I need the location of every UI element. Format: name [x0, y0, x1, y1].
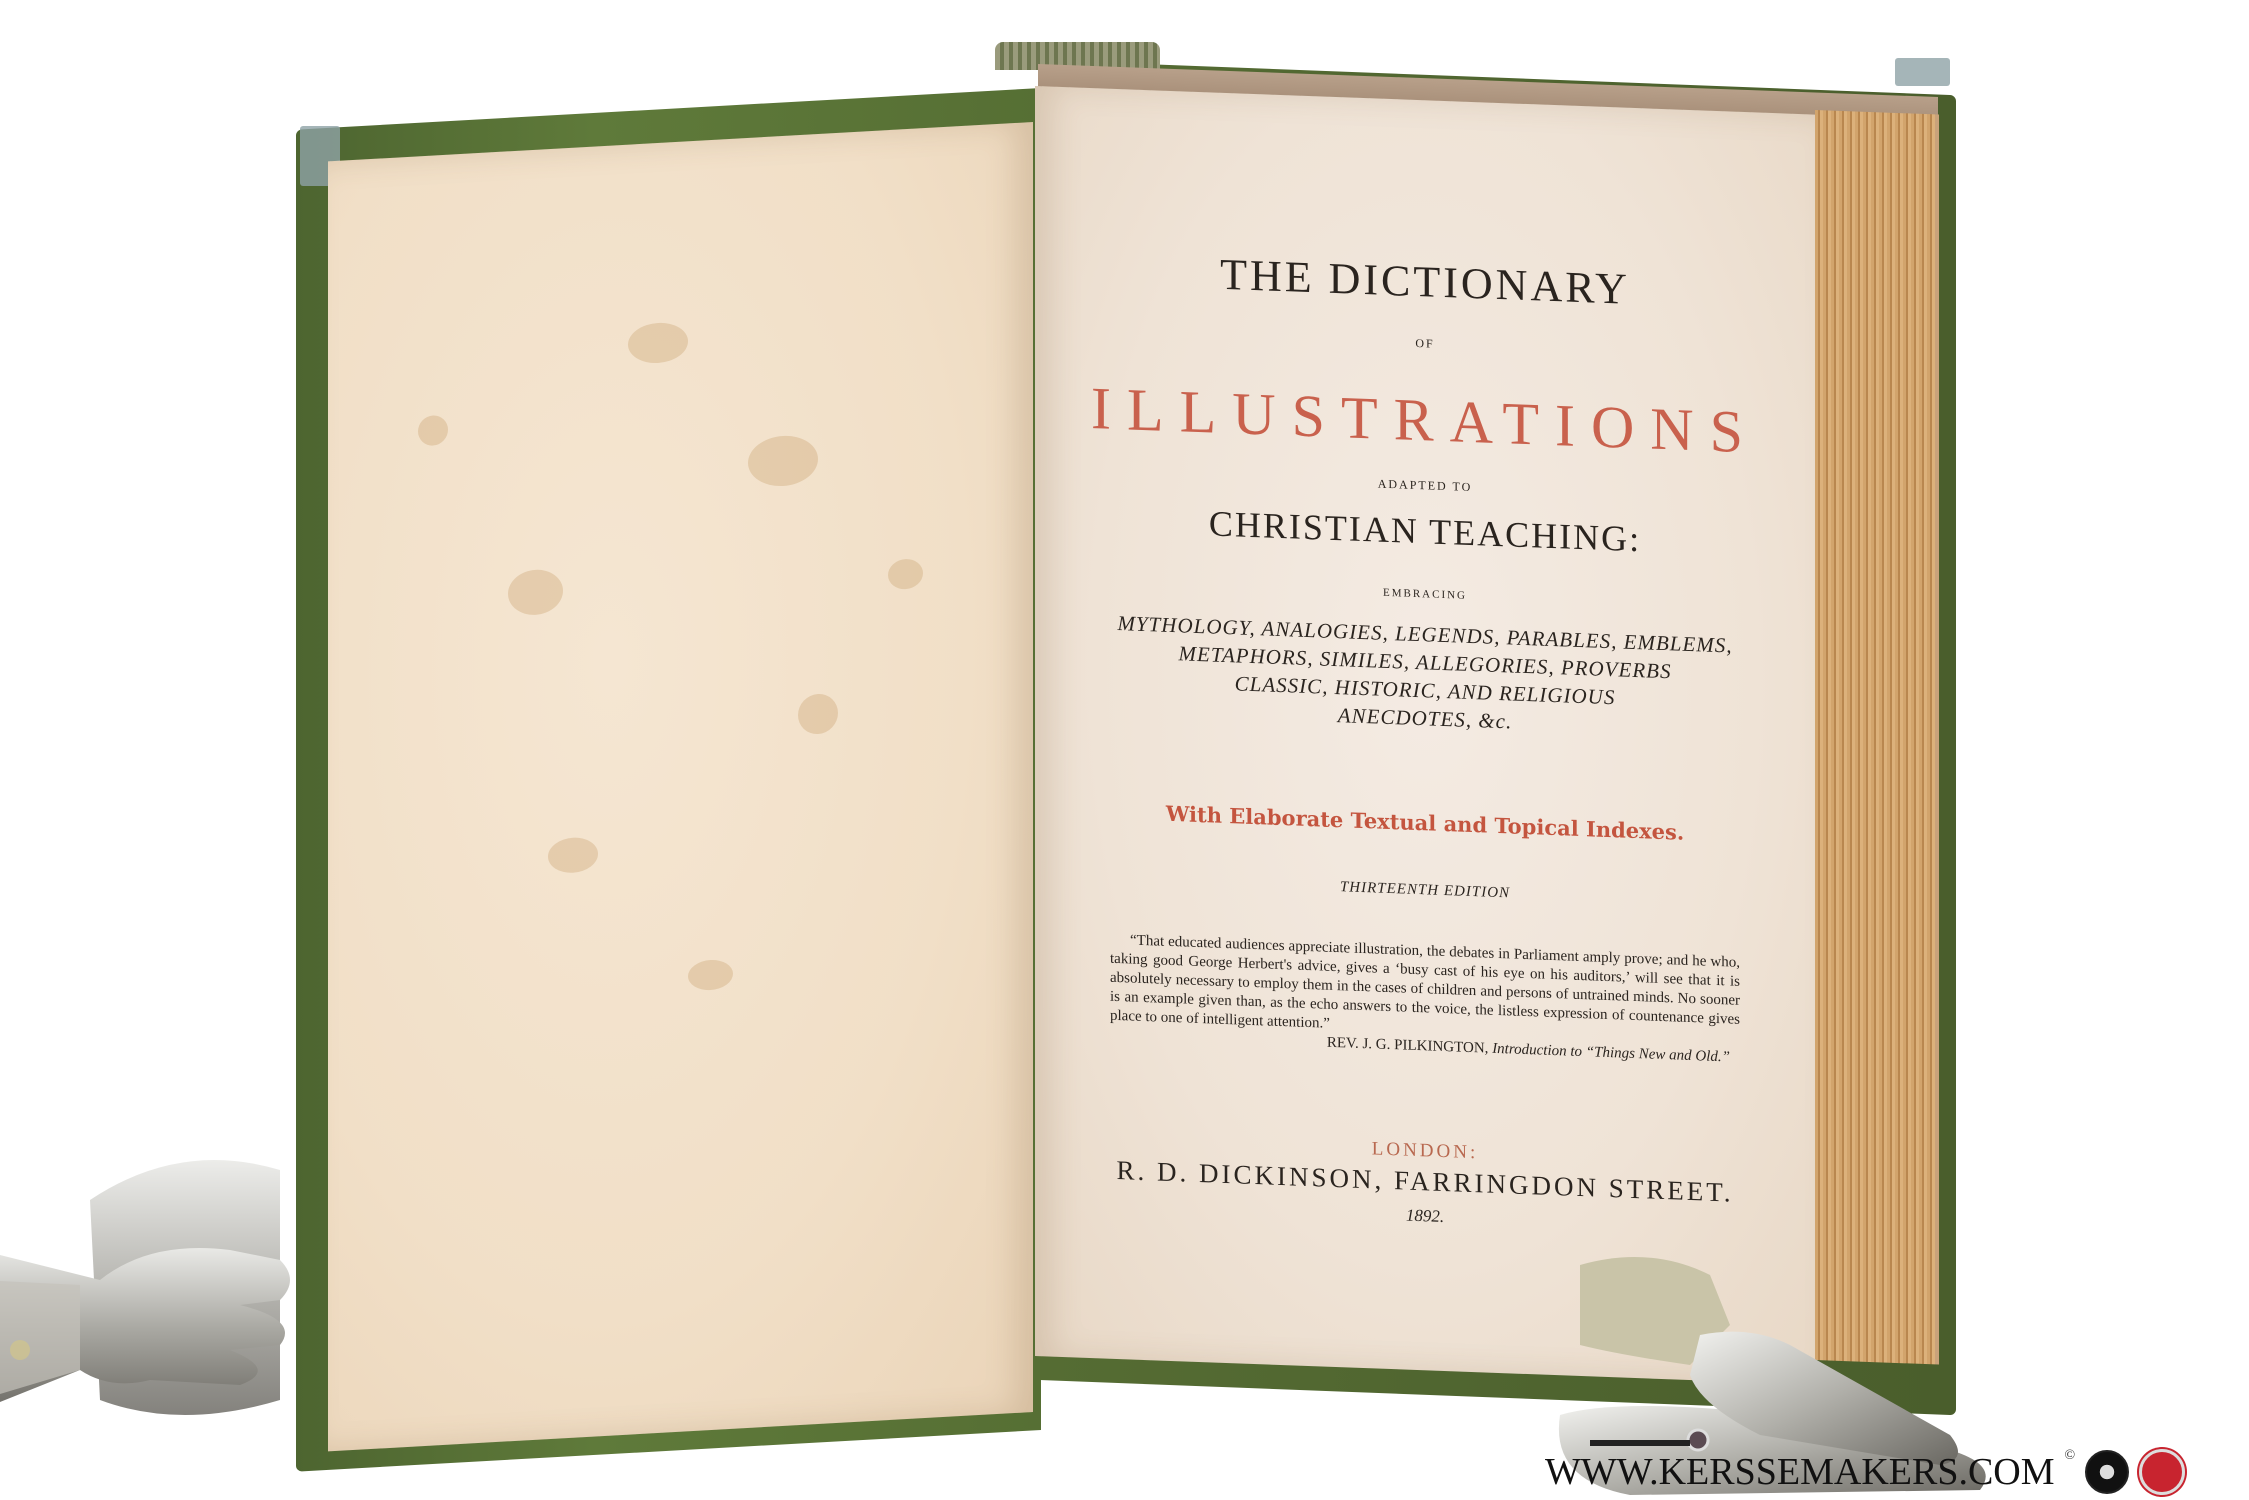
watermark: WWW.KERSSEMAKERS.COM © [1545, 1448, 2185, 1496]
epigraph-quote: “That educated audiences appreciate illu… [1110, 931, 1740, 1068]
foxing-spot [508, 568, 563, 616]
title-line-of: OF [1035, 322, 1815, 366]
foxing-spot [748, 434, 818, 488]
quote-author: REV. J. G. PILKINGTON, [1327, 1035, 1489, 1057]
foxing-spot [548, 836, 598, 874]
watermark-url[interactable]: WWW.KERSSEMAKERS.COM [1545, 1450, 2055, 1494]
title-line-dictionary: THE DICTIONARY [1035, 242, 1815, 322]
foxing-spot [628, 321, 688, 364]
title-line-embracing: EMBRACING [1035, 574, 1815, 615]
title-page-text: THE DICTIONARY OF ILLUSTRATIONS ADAPTED … [1035, 86, 1815, 1385]
silver-hand-bookend-left-icon [0, 1130, 400, 1430]
antiquarian-society-badge-icon [2085, 1450, 2129, 1494]
topics-list: MYTHOLOGY, ANALOGIES, LEGENDS, PARABLES,… [1035, 606, 1815, 747]
worn-corner-top-right [1895, 58, 1950, 86]
copyright-icon: © [2065, 1448, 2076, 1464]
indexes-line: With Elaborate Textual and Topical Index… [1035, 796, 1815, 850]
ex-libris-badge-icon [2139, 1449, 2185, 1495]
foxing-spot [418, 415, 448, 447]
title-line-illustrations: ILLUSTRATIONS [1035, 372, 1815, 470]
foxing-spot [888, 558, 923, 590]
blank-endpaper [328, 122, 1033, 1451]
edition-line: THIRTEENTH EDITION [1035, 868, 1815, 914]
foxing-spot [798, 693, 838, 735]
page-fore-edge [1815, 110, 1939, 1365]
title-line-christian-teaching: CHRISTIAN TEACHING: [1035, 496, 1815, 567]
foxing-spot [688, 959, 733, 992]
